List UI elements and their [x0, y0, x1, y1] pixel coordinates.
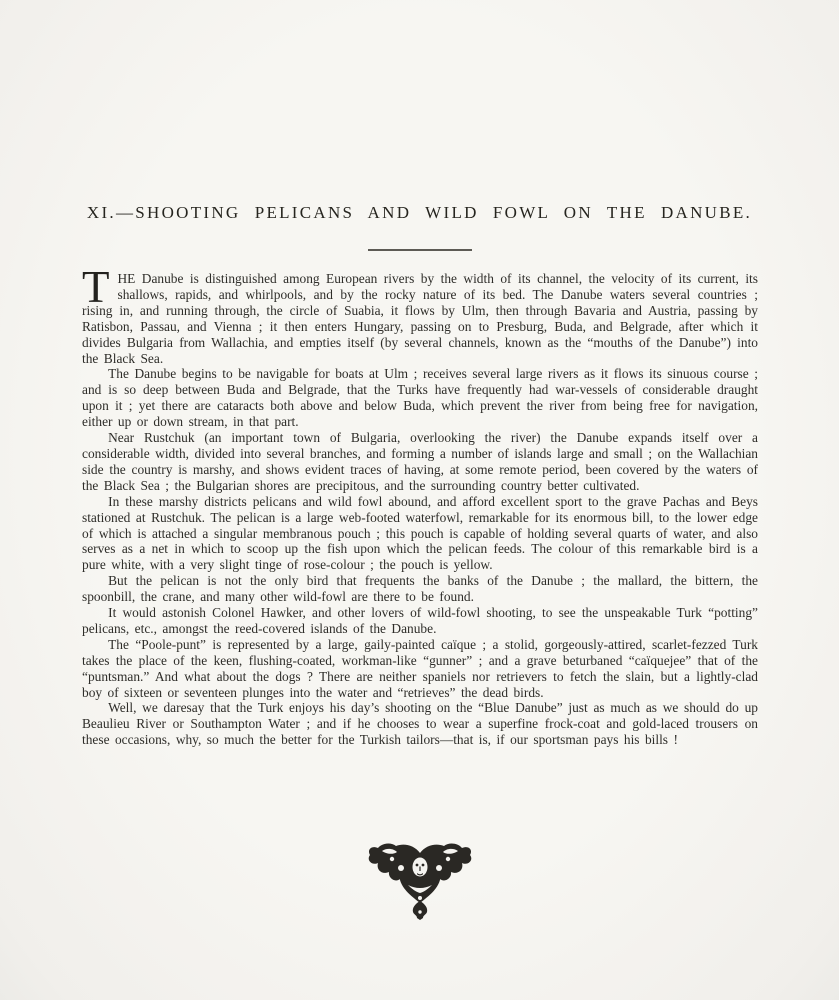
chapter-body: THE Danube is distinguished among Europe…	[82, 271, 758, 748]
paragraph: THE Danube is distinguished among Europe…	[82, 271, 758, 366]
paragraph: Well, we daresay that the Turk enjoys hi…	[82, 700, 758, 748]
chapter-title: XI.—SHOOTING PELICANS AND WILD FOWL ON T…	[0, 203, 839, 223]
engraved-mask-tailpiece-icon	[368, 842, 472, 920]
book-page: XI.—SHOOTING PELICANS AND WILD FOWL ON T…	[0, 0, 839, 1000]
tailpiece-ornament	[368, 842, 472, 920]
paragraph: The “Poole-punt” is represented by a lar…	[82, 637, 758, 701]
paragraph: But the pelican is not the only bird tha…	[82, 573, 758, 605]
paragraph: Near Rustchuk (an important town of Bulg…	[82, 430, 758, 494]
drop-cap: T	[82, 271, 118, 302]
paragraph-text: HE Danube is distinguished among Europea…	[82, 271, 758, 366]
paragraph: In these marshy districts pelicans and w…	[82, 494, 758, 574]
paragraph: The Danube begins to be navigable for bo…	[82, 366, 758, 430]
paragraph: It would astonish Colonel Hawker, and ot…	[82, 605, 758, 637]
title-divider-rule	[368, 249, 472, 251]
